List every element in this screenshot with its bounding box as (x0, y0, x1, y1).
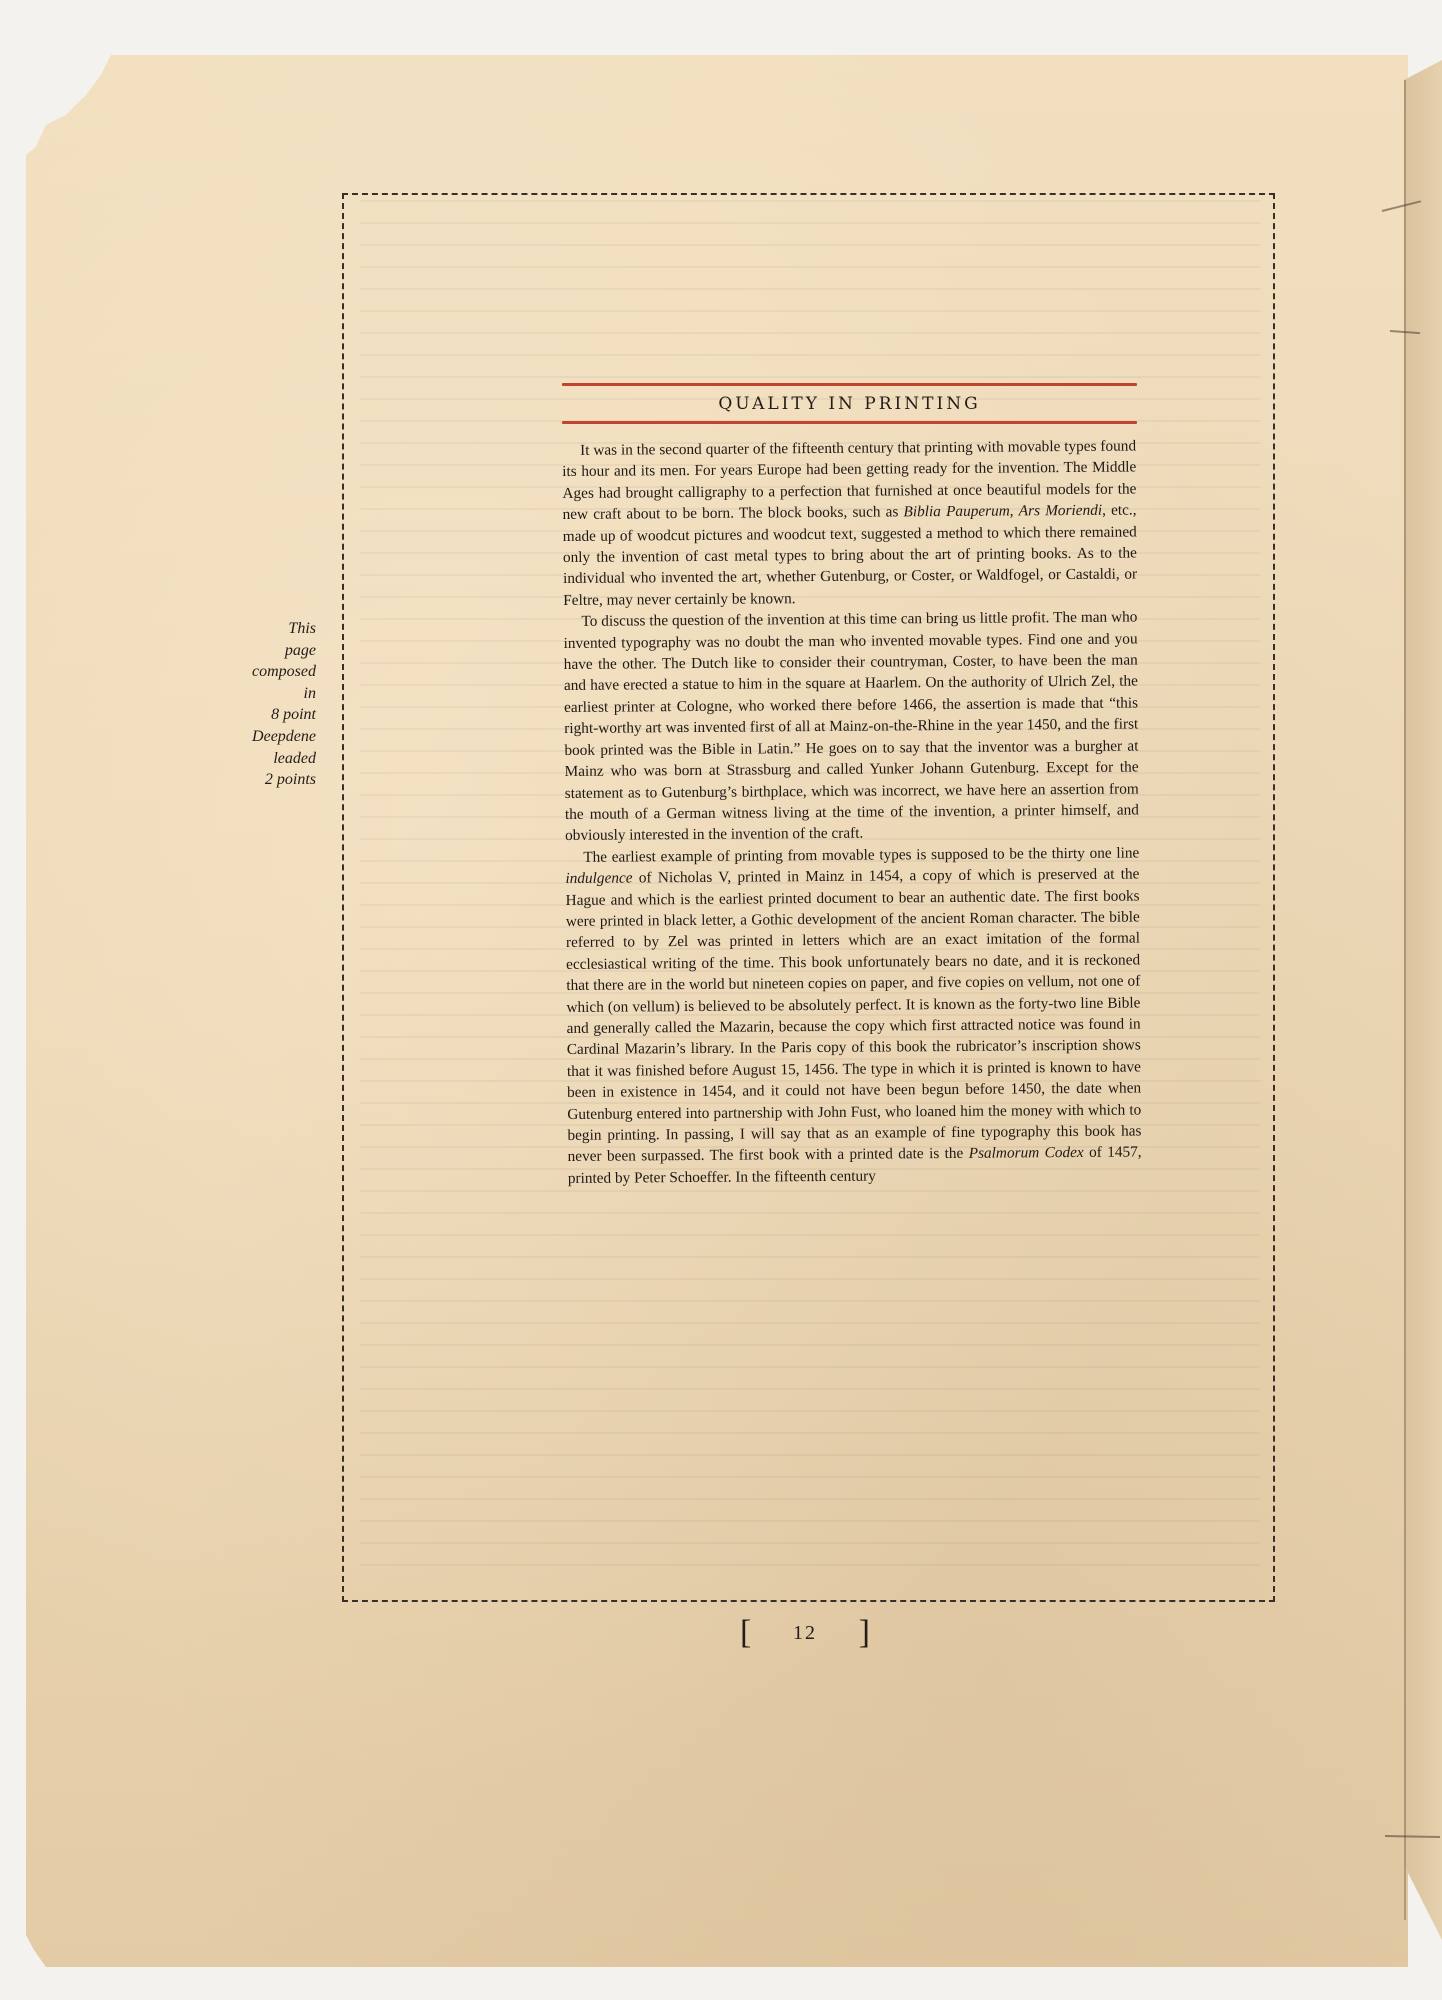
folio-close-bracket: ] (859, 1614, 870, 1652)
side-note-colophon: Thispagecomposedin8 pointDeepdeneleaded2… (232, 618, 316, 791)
heading-block: QUALITY IN PRINTING (562, 383, 1137, 424)
red-rule-bottom (562, 421, 1137, 424)
side-note-line: 2 points (232, 769, 316, 791)
page-edge-line (1404, 80, 1406, 1920)
folio-open-bracket: [ (740, 1614, 751, 1652)
side-note-line: Deepdene (232, 726, 316, 748)
paragraph: It was in the second quarter of the fift… (562, 435, 1137, 611)
folio-number: 12 (793, 1622, 817, 1645)
text-run: of Nicholas V, printed in Mainz in 1454,… (566, 866, 1142, 1166)
red-rule-top (562, 383, 1137, 386)
side-note-line: leaded (232, 748, 316, 770)
text-run: The earliest example of printing from mo… (583, 844, 1139, 865)
side-note-line: page (232, 640, 316, 662)
italic-title: Biblia Pauperum (903, 503, 1009, 521)
text-run: To discuss the question of the invention… (564, 609, 1139, 845)
italic-title: indulgence (565, 870, 632, 888)
side-note-line: This (232, 618, 316, 640)
page-number: [ 12 ] (740, 1614, 870, 1652)
italic-title: Psalmorum Codex (969, 1144, 1084, 1162)
page-title: QUALITY IN PRINTING (562, 394, 1137, 414)
paragraph: To discuss the question of the invention… (563, 607, 1139, 847)
body-text: It was in the second quarter of the fift… (562, 435, 1142, 1189)
adjacent-page-edge (1404, 60, 1442, 1940)
paragraph: The earliest example of printing from mo… (565, 842, 1142, 1189)
side-note-line: in (232, 683, 316, 705)
text-run: , (1010, 503, 1019, 520)
side-note-line: composed (232, 661, 316, 683)
italic-title: Ars Moriendi (1019, 502, 1102, 520)
side-note-line: 8 point (232, 704, 316, 726)
